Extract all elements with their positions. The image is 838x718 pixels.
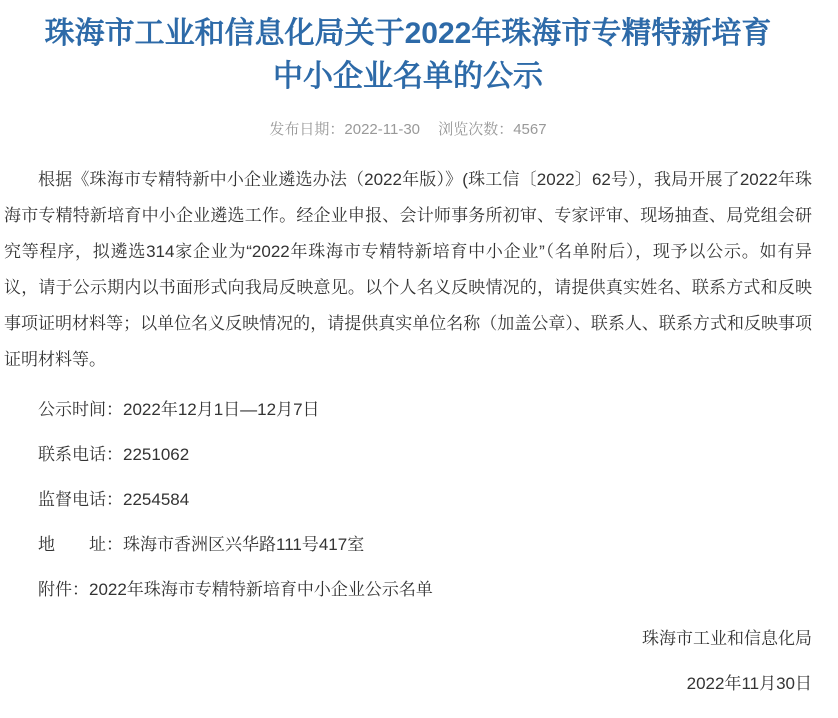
page-title-line-2: 中小企业名单的公示 [4, 55, 812, 98]
attachment-link[interactable]: 附件：2022年珠海市专精特新培育中小企业公示名单 [4, 572, 812, 608]
agency-signature: 珠海市工业和信息化局 [4, 621, 812, 657]
supervision-phone-line: 监督电话：2254584 [4, 482, 812, 518]
signature-date: 2022年11月30日 [4, 666, 812, 702]
address-line: 地 址：珠海市香洲区兴华路111号417室 [4, 527, 812, 563]
view-count: 浏览次数：4567 [438, 121, 546, 138]
announcement-body: 根据《珠海市专精特新中小企业遴选办法（2022年版）》(珠工信〔2022〕62号… [4, 162, 812, 378]
notice-period-line: 公示时间：2022年12月1日—12月7日 [4, 392, 812, 428]
contact-phone-line: 联系电话：2251062 [4, 437, 812, 473]
page-title: 珠海市工业和信息化局关于2022年珠海市专精特新培育 中小企业名单的公示 [4, 12, 812, 98]
meta-bar: 发布日期：2022-11-30 浏览次数：4567 [4, 120, 812, 140]
announcement-page: 珠海市工业和信息化局关于2022年珠海市专精特新培育 中小企业名单的公示 发布日… [0, 0, 838, 718]
page-title-line-1: 珠海市工业和信息化局关于2022年珠海市专精特新培育 [4, 12, 812, 55]
publish-date: 发布日期：2022-11-30 [269, 121, 420, 138]
